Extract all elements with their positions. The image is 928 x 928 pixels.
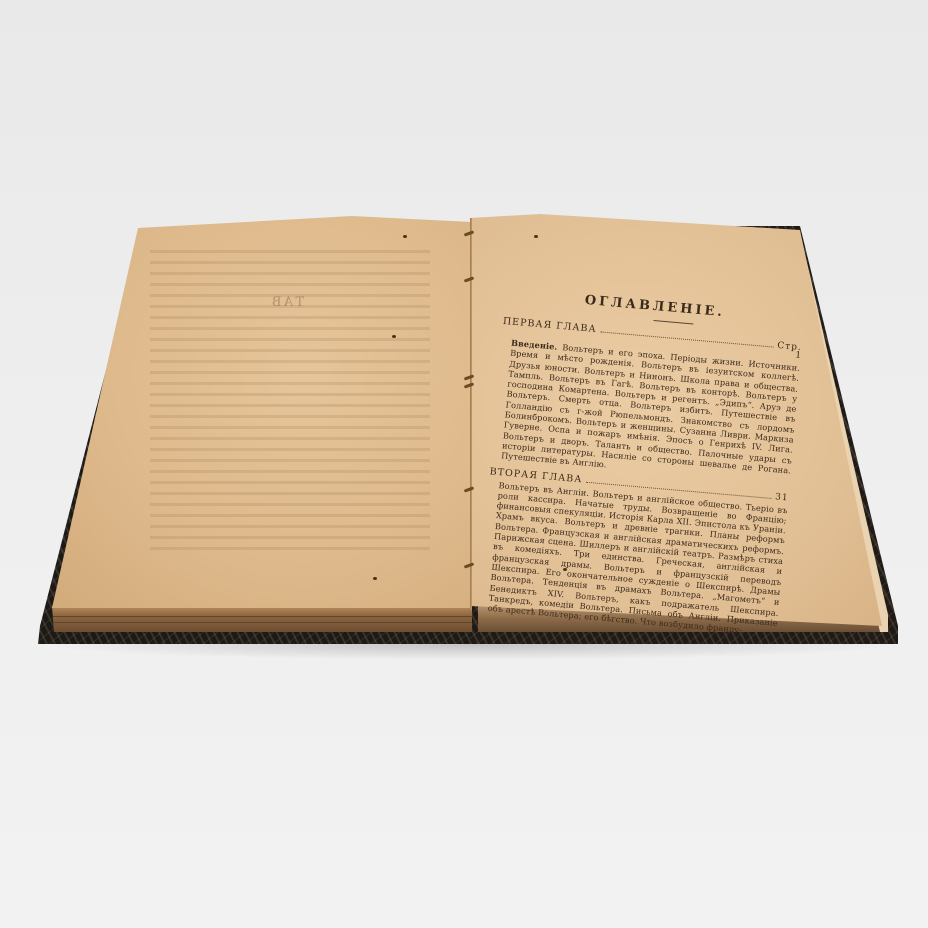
foxing-spot — [403, 235, 407, 238]
table-of-contents: ОГЛАВЛЕНІЕ. ПЕРВАЯ ГЛАВА Стр. 1 Введеніе… — [477, 286, 805, 644]
foxing-spot — [392, 335, 396, 338]
summary-text: Вольтеръ въ Англіи. Вольтеръ и англійско… — [487, 480, 788, 635]
page-number: 31 — [775, 492, 789, 503]
show-through-heading: ТАВ — [270, 295, 304, 310]
foxing-spot — [373, 577, 377, 580]
chapter-summary: Введеніе. Вольтеръ и его эпоха. Періоды … — [501, 338, 801, 486]
chapter-summary: Вольтеръ въ Англіи. Вольтеръ и англійско… — [487, 480, 788, 639]
title-rule — [654, 320, 694, 324]
foxing-spot — [534, 235, 538, 238]
summary-text: Вольтеръ и его эпоха. Періоды жизни. Ист… — [501, 342, 801, 475]
page-block-edge-left — [52, 606, 472, 632]
